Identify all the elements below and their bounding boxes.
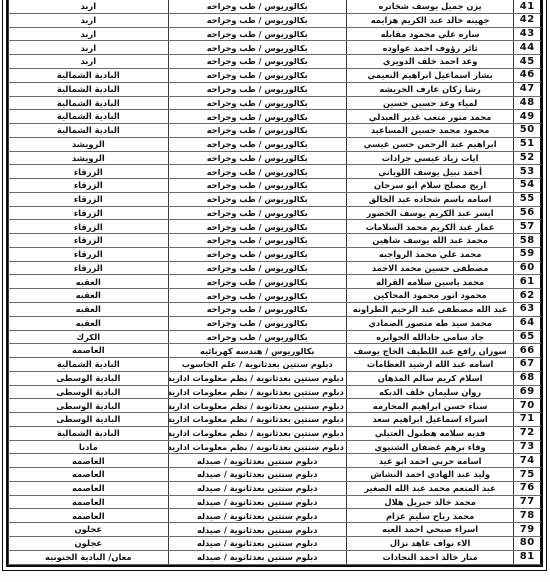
qualification-cell: بكالوريوس / طب وجراحه: [168, 124, 346, 138]
row-number-cell: 66: [514, 344, 541, 358]
name-cell: اسراء اسماعيل ابراهيم سعد: [346, 413, 514, 427]
name-cell: عبد الله مصطفى عبد الرحيم الطراونه: [346, 302, 514, 316]
table-row: 42جهينه خالد عبد الكريم هزايمهبكالوريوس …: [9, 13, 541, 27]
row-number-cell: 48: [514, 96, 541, 110]
row-number-cell: 56: [514, 206, 541, 220]
row-number-cell: 53: [514, 165, 541, 179]
qualification-cell: بكالوريوس / طب وجراحه: [168, 151, 346, 165]
row-number-cell: 52: [514, 151, 541, 165]
table-row: 53أحمد نبيل يوسف اللوبانيبكالوريوس / طب …: [9, 165, 541, 179]
table-row: 75وليد عبد الهادي احمد النشاشدبلوم سنتين…: [9, 468, 541, 482]
row-number-cell: 51: [514, 137, 541, 151]
table-row: 51ابراهيم عبد الرحمن حسن عيسيبكالوريوس /…: [9, 137, 541, 151]
row-number-cell: 69: [514, 385, 541, 399]
name-cell: محمد عبد الله يوسف شاهين: [346, 234, 514, 248]
row-number-cell: 44: [514, 41, 541, 55]
row-number-cell: 65: [514, 330, 541, 344]
row-number-cell: 80: [514, 537, 541, 551]
qualification-cell: بكالوريوس / طب وجراحه: [168, 0, 346, 13]
table-outer-frame: 41يزن جميل يوسف شخاترهبكالوريوس / طب وجر…: [2, 0, 547, 571]
qualification-cell: بكالوريوس / هندسه كهربائيه: [168, 344, 346, 358]
qualification-cell: بكالوريوس / طب وجراحه: [168, 289, 346, 303]
name-cell: ثائر رؤوف احمد عواوده: [346, 41, 514, 55]
name-cell: ايسر عبد الكريم يوسف الخضور: [346, 206, 514, 220]
region-cell: مادبا: [9, 440, 169, 454]
qualification-cell: دبلوم سنتين بعدثانوية / صيدله: [168, 468, 346, 482]
row-number-cell: 43: [514, 27, 541, 41]
row-number-cell: 57: [514, 220, 541, 234]
table-row: 76عبد المنعم محمد عبد الله الصغيردبلوم س…: [9, 481, 541, 495]
qualification-cell: دبلوم سنتين بعدثانوية / علم الحاسوب: [168, 358, 346, 372]
name-cell: ساره علي محمود مقابله: [346, 27, 514, 41]
region-cell: العقبه: [9, 289, 169, 303]
region-cell: البادية الشمالية: [9, 110, 169, 124]
table-row: 47رشا ركان عارف الخريشهبكالوريوس / طب وج…: [9, 82, 541, 96]
table-row: 73وفاء برهم غضفان الشتيويدبلوم سنتين بعد…: [9, 440, 541, 454]
table-row: 41يزن جميل يوسف شخاترهبكالوريوس / طب وجر…: [9, 0, 541, 13]
region-cell: الزرقاء: [9, 206, 169, 220]
row-number-cell: 64: [514, 316, 541, 330]
row-number-cell: 59: [514, 247, 541, 261]
name-cell: أحمد نبيل يوسف اللوباني: [346, 165, 514, 179]
qualification-cell: بكالوريوس / طب وجراحه: [168, 302, 346, 316]
qualification-cell: دبلوم سنتين بعدثانوية / نظم معلومات ادار…: [168, 413, 346, 427]
region-cell: البادية الوسطى: [9, 413, 169, 427]
table-row: 58محمد عبد الله يوسف شاهينبكالوريوس / طب…: [9, 234, 541, 248]
region-cell: الكرك: [9, 330, 169, 344]
table-row: 50محمود محمد حسين المساعيدبكالوريوس / طب…: [9, 124, 541, 138]
table-row: 60مصطفى حسين محمد الاحمدبكالوريوس / طب و…: [9, 261, 541, 275]
name-cell: وليد عبد الهادي احمد النشاش: [346, 468, 514, 482]
qualification-cell: بكالوريوس / طب وجراحه: [168, 137, 346, 151]
region-cell: الزرقاء: [9, 165, 169, 179]
row-number-cell: 61: [514, 275, 541, 289]
qualification-cell: دبلوم سنتين بعدثانوية / صيدله: [168, 481, 346, 495]
name-cell: منار خالد احمد النجادات: [346, 550, 514, 564]
qualification-cell: دبلوم سنتين بعدثانوية / نظم معلومات ادار…: [168, 371, 346, 385]
region-cell: الزرقاء: [9, 234, 169, 248]
region-cell: البادية الوسطى: [9, 399, 169, 413]
row-number-cell: 60: [514, 261, 541, 275]
row-number-cell: 67: [514, 358, 541, 372]
name-cell: محمود انور محمود المحاكين: [346, 289, 514, 303]
region-cell: البادية الشمالية: [9, 124, 169, 138]
name-cell: ابراهيم عبد الرحمن حسن عيسي: [346, 137, 514, 151]
table-row: 54اريج مصلح سلام ابو سرحانبكالوريوس / طب…: [9, 179, 541, 193]
qualification-cell: بكالوريوس / طب وجراحه: [168, 110, 346, 124]
name-cell: اسراء صبحي احمد العيه: [346, 523, 514, 537]
name-cell: اسامه باسم شحاده عبد الخالق: [346, 192, 514, 206]
region-cell: عجلون: [9, 523, 169, 537]
name-cell: الاء نواف عاهد نزال: [346, 537, 514, 551]
name-cell: سناء حسن ابراهيم المحارمه: [346, 399, 514, 413]
name-cell: فديه سلامه هطبول العتيلي: [346, 426, 514, 440]
table-row: 55اسامه باسم شحاده عبد الخالقبكالوريوس /…: [9, 192, 541, 206]
table-row: 77محمد خالد جبريل هلالدبلوم سنتين بعدثان…: [9, 495, 541, 509]
row-number-cell: 45: [514, 55, 541, 69]
name-cell: جهينه خالد عبد الكريم هزايمه: [346, 13, 514, 27]
qualification-cell: دبلوم سنتين بعدثانوية / نظم معلومات ادار…: [168, 440, 346, 454]
region-cell: اربد: [9, 55, 169, 69]
table-row: 43ساره علي محمود مقابلهبكالوريوس / طب وج…: [9, 27, 541, 41]
region-cell: البادية الشمالية: [9, 96, 169, 110]
table-row: 72فديه سلامه هطبول العتيليدبلوم سنتين بع…: [9, 426, 541, 440]
region-cell: العقبه: [9, 275, 169, 289]
table-row: 46بشار اسماعيل ابراهيم النعيميبكالوريوس …: [9, 68, 541, 82]
row-number-cell: 54: [514, 179, 541, 193]
region-cell: العاصمه: [9, 468, 169, 482]
qualification-cell: بكالوريوس / طب وجراحه: [168, 330, 346, 344]
qualification-cell: بكالوريوس / طب وجراحه: [168, 275, 346, 289]
region-cell: اربد: [9, 27, 169, 41]
name-cell: اسامه حربي احمد ابو عيد: [346, 454, 514, 468]
row-number-cell: 47: [514, 82, 541, 96]
qualification-cell: دبلوم سنتين بعدثانوية / نظم معلومات ادار…: [168, 426, 346, 440]
qualification-cell: بكالوريوس / طب وجراحه: [168, 261, 346, 275]
row-number-cell: 70: [514, 399, 541, 413]
qualification-cell: دبلوم سنتين بعدثانوية / صيدله: [168, 537, 346, 551]
table-row: 81منار خالد احمد النجاداتدبلوم سنتين بعد…: [9, 550, 541, 564]
table-row: 67اسامه عبد الله ارشيد العظاماتدبلوم سنت…: [9, 358, 541, 372]
table-row: 74اسامه حربي احمد ابو عيددبلوم سنتين بعد…: [9, 454, 541, 468]
region-cell: البادية الشمالية: [9, 358, 169, 372]
row-number-cell: 58: [514, 234, 541, 248]
row-number-cell: 73: [514, 440, 541, 454]
name-cell: محمد ياسين سلامه القراله: [346, 275, 514, 289]
row-number-cell: 79: [514, 523, 541, 537]
qualification-cell: بكالوريوس / طب وجراحه: [168, 27, 346, 41]
row-number-cell: 76: [514, 481, 541, 495]
qualification-cell: بكالوريوس / طب وجراحه: [168, 41, 346, 55]
region-cell: البادية الشمالية: [9, 426, 169, 440]
name-cell: عمار عبد الكريم محمد السلامات: [346, 220, 514, 234]
table-row: 49محمد منور متعب غدير العبدليبكالوريوس /…: [9, 110, 541, 124]
qualification-cell: بكالوريوس / طب وجراحه: [168, 179, 346, 193]
table-row: 57عمار عبد الكريم محمد السلاماتبكالوريوس…: [9, 220, 541, 234]
region-cell: الرويشد: [9, 137, 169, 151]
table-row: 68اسلام كريم سالم المذهاندبلوم سنتين بعد…: [9, 371, 541, 385]
row-number-cell: 62: [514, 289, 541, 303]
name-cell: محمد منور متعب غدير العبدلي: [346, 110, 514, 124]
row-number-cell: 78: [514, 509, 541, 523]
qualification-cell: دبلوم سنتين بعدثانوية / نظم معلومات ادار…: [168, 385, 346, 399]
qualification-cell: دبلوم سنتين بعدثانوية / صيدله: [168, 523, 346, 537]
name-cell: اسلام كريم سالم المذهان: [346, 371, 514, 385]
qualification-cell: بكالوريوس / طب وجراحه: [168, 234, 346, 248]
table-inner-frame: 41يزن جميل يوسف شخاترهبكالوريوس / طب وجر…: [6, 0, 543, 567]
table-row: 56ايسر عبد الكريم يوسف الخضوربكالوريوس /…: [9, 206, 541, 220]
name-cell: محمد سيد طه منصور الصمادي: [346, 316, 514, 330]
qualification-cell: بكالوريوس / طب وجراحه: [168, 96, 346, 110]
region-cell: الزرقاء: [9, 179, 169, 193]
region-cell: الزرقاء: [9, 247, 169, 261]
region-cell: البادية الشمالية: [9, 68, 169, 82]
name-cell: لمياء وعد حسين حسين: [346, 96, 514, 110]
region-cell: اربد: [9, 0, 169, 13]
row-number-cell: 71: [514, 413, 541, 427]
region-cell: البادية الوسطى: [9, 385, 169, 399]
name-cell: سوزان رافع عبد اللطيف الحاج يوسف: [346, 344, 514, 358]
region-cell: اربد: [9, 13, 169, 27]
table-row: 59محمد علي محمد الرواجبهبكالوريوس / طب و…: [9, 247, 541, 261]
table-row: 80الاء نواف عاهد نزالدبلوم سنتين بعدثانو…: [9, 537, 541, 551]
name-cell: اسامه عبد الله ارشيد العظامات: [346, 358, 514, 372]
table-row: 71اسراء اسماعيل ابراهيم سعددبلوم سنتين ب…: [9, 413, 541, 427]
row-number-cell: 74: [514, 454, 541, 468]
name-cell: ايات زياد عيسي جرادات: [346, 151, 514, 165]
scanned-list-page: 41يزن جميل يوسف شخاترهبكالوريوس / طب وجر…: [0, 0, 550, 582]
row-number-cell: 63: [514, 302, 541, 316]
region-cell: الرويشد: [9, 151, 169, 165]
name-cell: بشار اسماعيل ابراهيم النعيمي: [346, 68, 514, 82]
table-row: 79اسراء صبحي احمد العيهدبلوم سنتين بعدثا…: [9, 523, 541, 537]
qualification-cell: بكالوريوس / طب وجراحه: [168, 192, 346, 206]
region-cell: معان/ البادية الجنوبيه: [9, 550, 169, 564]
region-cell: الزرقاء: [9, 261, 169, 275]
table-row: 78محمد رباح سليم عزامدبلوم سنتين بعدثانو…: [9, 509, 541, 523]
table-row: 64محمد سيد طه منصور الصماديبكالوريوس / ط…: [9, 316, 541, 330]
table-row: 66سوزان رافع عبد اللطيف الحاج يوسفبكالور…: [9, 344, 541, 358]
row-number-cell: 72: [514, 426, 541, 440]
row-number-cell: 55: [514, 192, 541, 206]
name-cell: جاد سامي جادالله الجوابره: [346, 330, 514, 344]
table-row: 61محمد ياسين سلامه القرالهبكالوريوس / طب…: [9, 275, 541, 289]
row-number-cell: 75: [514, 468, 541, 482]
qualification-cell: بكالوريوس / طب وجراحه: [168, 13, 346, 27]
region-cell: العاصمه: [9, 481, 169, 495]
table-row: 44ثائر رؤوف احمد عواودهبكالوريوس / طب وج…: [9, 41, 541, 55]
region-cell: عجلون: [9, 537, 169, 551]
name-cell: رشا ركان عارف الخريشه: [346, 82, 514, 96]
name-cell: يزن جميل يوسف شخاتره: [346, 0, 514, 13]
name-cell: محمد رباح سليم عزام: [346, 509, 514, 523]
table-row: 63عبد الله مصطفى عبد الرحيم الطراونهبكال…: [9, 302, 541, 316]
row-number-cell: 50: [514, 124, 541, 138]
qualification-cell: دبلوم سنتين بعدثانوية / صيدله: [168, 454, 346, 468]
name-cell: محمد علي محمد الرواجبه: [346, 247, 514, 261]
region-cell: العاصمه: [9, 344, 169, 358]
table-row: 62محمود انور محمود المحاكينبكالوريوس / ط…: [9, 289, 541, 303]
name-cell: محمد خالد جبريل هلال: [346, 495, 514, 509]
table-row: 52ايات زياد عيسي جراداتبكالوريوس / طب وج…: [9, 151, 541, 165]
region-cell: البادية الوسطى: [9, 371, 169, 385]
table-row: 45وعد احمد خلف الدويريبكالوريوس / طب وجر…: [9, 55, 541, 69]
qualification-cell: بكالوريوس / طب وجراحه: [168, 68, 346, 82]
row-number-cell: 81: [514, 550, 541, 564]
qualification-cell: دبلوم سنتين بعدثانوية / صيدله: [168, 509, 346, 523]
qualification-cell: بكالوريوس / طب وجراحه: [168, 206, 346, 220]
name-cell: روان سليمان خلف الدبكه: [346, 385, 514, 399]
name-cell: وفاء برهم غضفان الشتيوي: [346, 440, 514, 454]
name-cell: اريج مصلح سلام ابو سرحان: [346, 179, 514, 193]
region-cell: العاصمه: [9, 509, 169, 523]
region-cell: اربد: [9, 41, 169, 55]
region-cell: العاصمه: [9, 454, 169, 468]
qualification-cell: دبلوم سنتين بعدثانوية / نظم معلومات ادار…: [168, 399, 346, 413]
table-body: 41يزن جميل يوسف شخاترهبكالوريوس / طب وجر…: [9, 0, 541, 565]
qualification-cell: بكالوريوس / طب وجراحه: [168, 165, 346, 179]
table-row: 69روان سليمان خلف الدبكهدبلوم سنتين بعدث…: [9, 385, 541, 399]
qualification-cell: دبلوم سنتين بعدثانوية / صيدله: [168, 550, 346, 564]
name-cell: مصطفى حسين محمد الاحمد: [346, 261, 514, 275]
region-cell: العاصمه: [9, 495, 169, 509]
region-cell: الزرقاء: [9, 192, 169, 206]
qualification-cell: بكالوريوس / طب وجراحه: [168, 55, 346, 69]
table-row: 48لمياء وعد حسين حسينبكالوريوس / طب وجرا…: [9, 96, 541, 110]
row-number-cell: 77: [514, 495, 541, 509]
qualification-cell: دبلوم سنتين بعدثانوية / صيدله: [168, 495, 346, 509]
region-cell: العقبه: [9, 316, 169, 330]
name-cell: محمود محمد حسين المساعيد: [346, 124, 514, 138]
region-cell: الزرقاء: [9, 220, 169, 234]
qualification-cell: بكالوريوس / طب وجراحه: [168, 316, 346, 330]
row-number-cell: 46: [514, 68, 541, 82]
region-cell: البادية الشمالية: [9, 82, 169, 96]
name-cell: وعد احمد خلف الدويري: [346, 55, 514, 69]
table-row: 65جاد سامي جادالله الجوابرهبكالوريوس / ط…: [9, 330, 541, 344]
qualification-cell: بكالوريوس / طب وجراحه: [168, 247, 346, 261]
row-number-cell: 49: [514, 110, 541, 124]
applicants-table: 41يزن جميل يوسف شخاترهبكالوريوس / طب وجر…: [8, 0, 541, 565]
name-cell: عبد المنعم محمد عبد الله الصغير: [346, 481, 514, 495]
row-number-cell: 41: [514, 0, 541, 13]
qualification-cell: بكالوريوس / طب وجراحه: [168, 220, 346, 234]
row-number-cell: 42: [514, 13, 541, 27]
region-cell: العقبه: [9, 302, 169, 316]
row-number-cell: 68: [514, 371, 541, 385]
qualification-cell: بكالوريوس / طب وجراحه: [168, 82, 346, 96]
table-row: 70سناء حسن ابراهيم المحارمهدبلوم سنتين ب…: [9, 399, 541, 413]
